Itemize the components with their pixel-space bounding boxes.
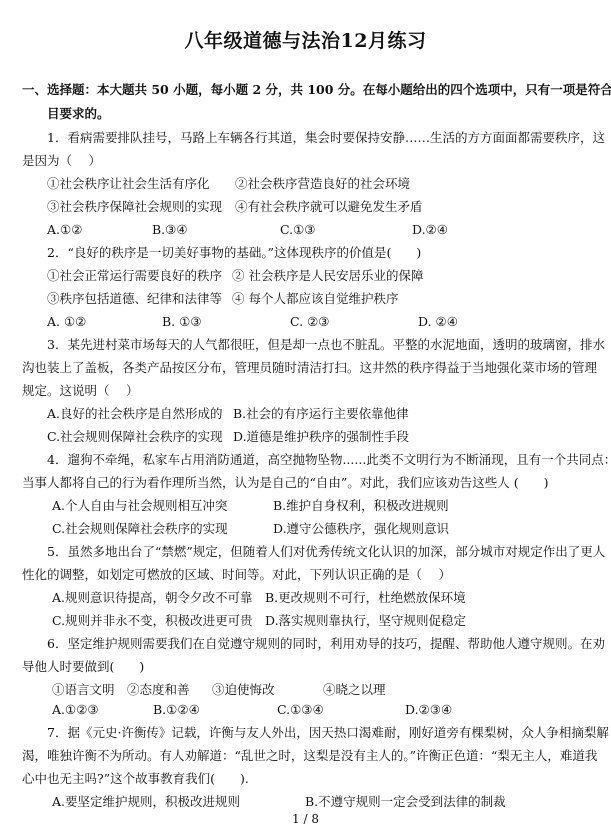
question-1-statement: ①社会秩序让社会生活有序化 (47, 176, 210, 192)
question-6-stem-cont: 导他人时要做到( ) (22, 659, 144, 675)
question-7-option-b: B.不遵守规则一定会受到法律的制裁 (305, 794, 506, 810)
question-3-option-c: C.社会规则保障社会秩序的实现 (47, 429, 223, 445)
question-3-option-a: A.良好的社会秩序是自然形成的 (47, 406, 223, 422)
question-5-option-a: A.规则意识待提高，朝令夕改不可靠 (52, 590, 253, 606)
page-number: 1 / 8 (0, 812, 611, 826)
question-4-stem-cont: 当事人都将自己的行为看作理所当然，认为是自己的“自由”。对此，我们应该劝告这些人… (22, 475, 549, 491)
document-title: 八年级道德与法治12月练习 (0, 26, 611, 53)
question-2-option-b: B. ①③ (162, 314, 202, 330)
question-2-statement: ①社会正常运行需要良好的秩序 (47, 268, 222, 284)
question-3-stem: 3．某先进村菜市场每天的人气都很旺，但是却一点也不脏乱。平整的水泥地面，透明的玻… (47, 337, 605, 353)
question-6-option-a: A.①②③ (52, 702, 99, 718)
question-5-stem: 5．虽然多地出台了“禁燃”规定，但随着人们对优秀传统文化认识的加深，部分城市对规… (47, 544, 605, 560)
question-1-statement: ④有社会秩序就可以避免发生矛盾 (235, 199, 423, 215)
question-7-stem-cont: 心中也无主吗?”这个故事教育我们( ). (22, 771, 249, 787)
question-5-option-b: B.更改规则不可行，杜绝燃放保环境 (265, 590, 466, 606)
question-1-stem: 1．看病需要排队挂号，马路上车辆各行其道，集会时要保持安静……生活的方方面面都需… (47, 130, 605, 146)
section-heading: 一、选择题：本大题共 50 小题，每小题 2 分，共 100 分。在每小题给出的… (22, 82, 611, 98)
question-4-option-c: C.社会规则保障社会秩序的实现 (52, 521, 228, 537)
question-6-option-c: C.①③④ (277, 702, 324, 718)
question-1-stem-cont: 是因为（ ） (22, 153, 101, 169)
question-5-option-d: D.落实规则靠执行，坚守规则促稳定 (265, 613, 466, 629)
question-1-option-a: A.①② (47, 222, 82, 238)
question-2-statement: ② 社会秩序是人民安居乐业的保障 (232, 268, 423, 284)
question-7-stem-cont: 渴，唯独许衡不为所动。有人劝解道：“乱世之时，这梨是没有主人的。”许衡正色道：“… (22, 748, 597, 764)
question-6-statement: ①语言文明 (52, 682, 115, 698)
question-7-option-a: A.要坚定维护规则，积极改进规则 (52, 794, 240, 810)
question-1-statement: ③社会秩序保障社会规则的实现 (47, 199, 222, 215)
question-1-option-b: B.③④ (152, 222, 188, 238)
section-heading-cont: 目要求的。 (47, 106, 110, 122)
question-3-stem-cont: 规定。这说明（ ） (22, 383, 138, 399)
question-2-option-a: A. ①② (47, 314, 86, 330)
question-1-option-c: C.①③ (280, 222, 316, 238)
question-6-option-d: D.②③④ (405, 702, 452, 718)
question-7-stem: 7．据《元史·许衡传》记载，许衡与友人外出，因天热口渴难耐，刚好道旁有棵梨树，众… (47, 725, 609, 741)
question-4-option-b: B.维护自身权利，积极改进规则 (273, 498, 449, 514)
question-4-option-d: D.遵守公德秩序，强化规则意识 (273, 521, 449, 537)
question-3-stem-cont: 沟也装上了盖板，各类产品按区分布，管理员随时清洁打扫。这井然的秩序得益于当地强化… (22, 360, 597, 376)
question-6-option-b: B.①②④ (153, 702, 200, 718)
question-4-option-a: A.个人自由与社会规则相互冲突 (52, 498, 228, 514)
question-6-statement: ④晓之以理 (323, 682, 386, 698)
question-4-stem: 4．遛狗不牵绳，私家车占用消防通道，高空抛物坠物......此类不文明行为不断涌… (47, 452, 611, 468)
question-3-option-b: B.社会的有序运行主要依靠他律 (233, 406, 409, 422)
question-2-statement: ④ 每个人都应该自觉维护秩序 (232, 291, 398, 307)
question-2-statement: ③秩序包括道德、纪律和法律等 (47, 291, 222, 307)
question-5-stem-cont: 性化的调整，如划定可燃放的区域、时间等。对此，下列认识正确的是（ ） (22, 567, 451, 583)
question-1-statement: ②社会秩序营造良好的社会环境 (235, 176, 410, 192)
question-1-option-d: D.②④ (412, 222, 448, 238)
question-2-option-d: D. ②④ (418, 314, 458, 330)
question-2-option-c: C. ②③ (290, 314, 329, 330)
question-6-statement: ③迫使悔改 (212, 682, 275, 698)
question-5-option-c: C.规则并非永不变，积极改进更可贵 (52, 613, 253, 629)
question-6-statement: ②态度和善 (127, 682, 190, 698)
question-6-stem: 6．坚定维护规则需要我们在自觉遵守规则的同时，利用劝导的技巧，提醒、帮助他人遵守… (47, 636, 605, 652)
question-3-option-d: D.道德是维护秩序的强制性手段 (233, 429, 409, 445)
question-2-stem: 2．“良好的秩序是一切美好事物的基础。”这体现秩序的价值是( ) (47, 245, 421, 261)
